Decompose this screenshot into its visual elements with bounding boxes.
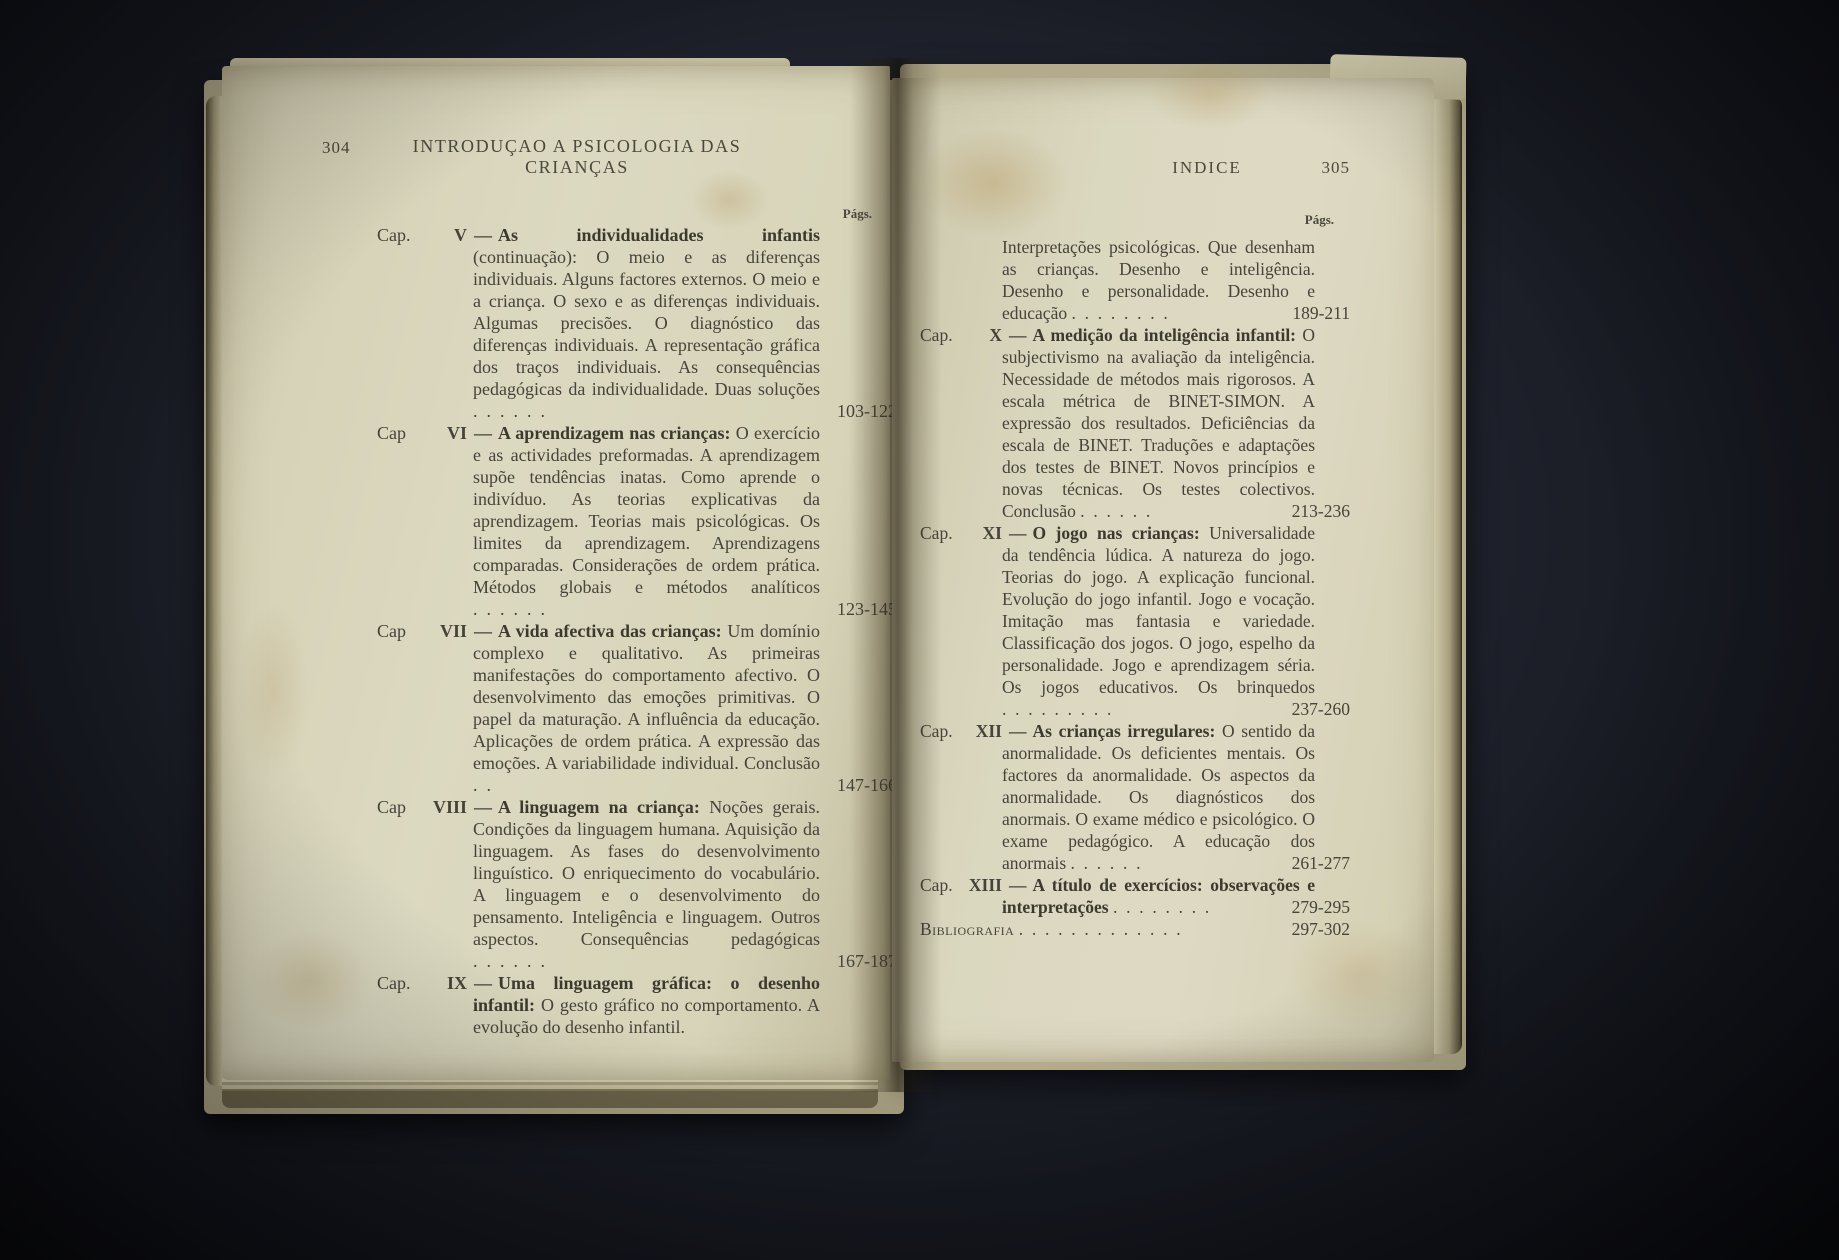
chapter-label: Cap. [377,972,423,994]
dash-separator: — [467,225,498,245]
toc-entry-cap-v: Cap.V—As individualidades infantis (cont… [300,224,897,422]
chapter-numeral: IX [423,972,467,994]
toc-entry-cap-x: Cap.X—A medição da inteligência infantil… [920,324,1350,522]
chapter-numeral: XIII [960,874,1002,896]
page-range: 147-166 [817,774,897,796]
book-photo: 304 INTRODUÇAO A PSICOLOGIA DAS CRIANÇAS… [0,0,1839,1260]
chapter-description: Interpretações psicológicas. Que desenha… [1002,237,1315,323]
page-range: 123-145 [817,598,897,620]
left-page: 304 INTRODUÇAO A PSICOLOGIA DAS CRIANÇAS… [222,66,890,1080]
chapter-label: Cap [377,422,423,444]
page-range: 213-236 [1270,500,1350,522]
chapter-description: O exercício e as actividades preformadas… [473,423,820,619]
chapter-numeral: XI [960,522,1002,544]
chapter-numeral: XII [960,720,1002,742]
chapter-label: Cap. [920,874,960,896]
chapter-label: Cap. [377,224,423,246]
chapter-description: O sentido da anormalidade. Os deficiente… [1002,721,1315,873]
entry-text: Cap.IX—Uma linguagem gráfica: o desenho … [473,972,820,1038]
chapter-description: Um domínio complexo e qualitativo. As pr… [473,621,820,795]
chapter-description: . . . . . . . . [1113,897,1209,917]
toc-entry-cap-viii: CapVIII—A linguagem na criança: Noções g… [300,796,897,972]
toc-entry-cap-xiii: Cap.XIII—A título de exercícios: observa… [920,874,1350,918]
chapter-numeral: V [423,224,467,246]
chapter-label: Cap [377,796,423,818]
page-edges-bottom-right [900,1060,1440,1080]
left-page-number: 304 [322,138,351,158]
chapter-title: A vida afectiva das crianças: [498,621,722,641]
page-range: 237-260 [1270,698,1350,720]
dash-separator: — [1002,325,1033,345]
bibliography-label: Bibliografia [920,919,1014,939]
dash-separator: — [1002,721,1033,741]
right-page: INDICE 305 Págs. Interpretações psicológ… [892,78,1434,1062]
page-range: 103-122 [817,400,897,422]
toc-entry-cap-ix: Cap.IX—Uma linguagem gráfica: o desenho … [300,972,897,1038]
dash-separator: — [467,797,498,817]
chapter-description: Universalidade da tendência lúdica. A na… [1002,523,1315,719]
toc-left-column: Cap.V—As individualidades infantis (cont… [300,224,897,1038]
chapter-title: A aprendizagem nas crianças: [498,423,730,443]
entry-text: Cap.X—A medição da inteligência infantil… [1002,324,1315,522]
chapter-title: As individualidades infantis [498,225,820,245]
toc-entry-cap-xii: Cap.XII—As crianças irregulares: O senti… [920,720,1350,874]
left-pags-label: Págs. [300,206,872,222]
page-edges-right [1434,96,1462,1054]
chapter-numeral: VI [423,422,467,444]
chapter-title: A linguagem na criança: [498,797,700,817]
entry-text: Interpretações psicológicas. Que desenha… [1002,236,1315,324]
chapter-title: As crianças irregulares: [1033,721,1216,741]
page-range: 261-277 [1270,852,1350,874]
page-range: 279-295 [1270,896,1350,918]
toc-entry-cap-vii: CapVII—A vida afectiva das crianças: Um … [300,620,897,796]
right-page-number: 305 [920,158,1350,178]
chapter-title: O jogo nas crianças: [1033,523,1200,543]
chapter-label: Cap [377,620,423,642]
dash-separator: — [467,423,498,443]
page-edges-bottom-left [222,1078,878,1108]
page-range: 297-302 [1270,918,1350,940]
toc-entry-cap-xi: Cap.XI—O jogo nas crianças: Universalida… [920,522,1350,720]
chapter-description: (continuação): O meio e as diferenças in… [473,247,820,421]
right-pags-label: Págs. [920,212,1334,228]
chapter-numeral: X [960,324,1002,346]
toc-entry-cap-ix-continuation: Interpretações psicológicas. Que desenha… [920,236,1350,324]
chapter-description: Noções gerais. Condições da linguagem hu… [473,797,820,971]
entry-text: CapVIII—A linguagem na criança: Noções g… [473,796,820,972]
toc-entry-cap-vi: CapVI—A aprendizagem nas crianças: O exe… [300,422,897,620]
entry-text: Cap.V—As individualidades infantis (cont… [473,224,820,422]
entry-text: CapVI—A aprendizagem nas crianças: O exe… [473,422,820,620]
dash-separator: — [1002,523,1033,543]
chapter-label: Cap. [920,522,960,544]
entry-text: Bibliografia . . . . . . . . . . . . . [920,918,1315,940]
page-range: 167-187 [817,950,897,972]
entry-text: CapVII—A vida afectiva das crianças: Um … [473,620,820,796]
dash-separator: — [467,973,498,993]
toc-right-column: Interpretações psicológicas. Que desenha… [920,236,1350,940]
chapter-description: O subjectivismo na avaliação da inteligê… [1002,325,1315,521]
left-running-title: INTRODUÇAO A PSICOLOGIA DAS CRIANÇAS [372,136,782,178]
chapter-label: Cap. [920,324,960,346]
chapter-title: A medição da inteligência infantil: [1033,325,1297,345]
entry-text: Cap.XIII—A título de exercícios: observa… [1002,874,1315,918]
dash-separator: — [1002,875,1033,895]
chapter-label: Cap. [920,720,960,742]
dot-leaders: . . . . . . . . . . . . . [1019,919,1181,939]
entry-text: Cap.XII—As crianças irregulares: O senti… [1002,720,1315,874]
toc-entry-bibliography: Bibliografia . . . . . . . . . . . . . 2… [920,918,1350,940]
entry-text: Cap.XI—O jogo nas crianças: Universalida… [1002,522,1315,720]
page-range: 189-211 [1270,302,1350,324]
chapter-numeral: VII [423,620,467,642]
dash-separator: — [467,621,498,641]
chapter-numeral: VIII [423,796,467,818]
